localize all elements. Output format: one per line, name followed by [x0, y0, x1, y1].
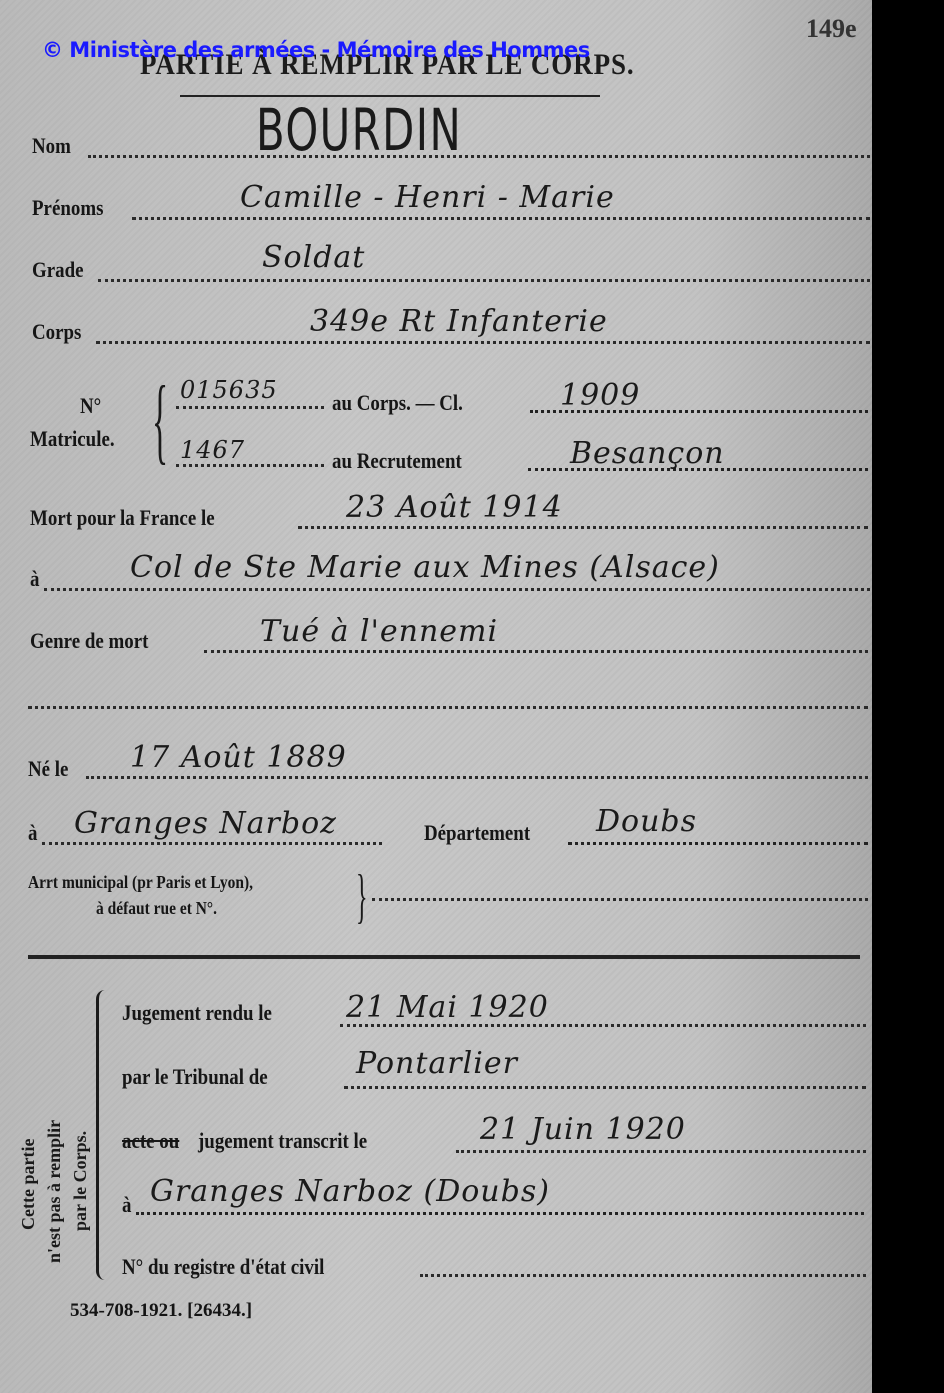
- rendu-value: 21 Mai 1920: [346, 990, 549, 1025]
- genre-mort-value: Tué à l'ennemi: [260, 614, 498, 649]
- tribunal-line: [344, 1086, 866, 1089]
- grade-line: [98, 279, 870, 282]
- mort-date-label: Mort pour la France le: [30, 505, 215, 531]
- side-note-line2: n'est pas à remplir: [44, 1120, 65, 1263]
- copyright-watermark: © Ministère des armées - Mémoire des Hom…: [42, 38, 590, 62]
- prenoms-line: [132, 217, 870, 220]
- transcrit-value: 21 Juin 1920: [480, 1112, 686, 1147]
- side-note-line1: Cette partie: [18, 1139, 39, 1230]
- registre-line: [420, 1274, 866, 1277]
- nom-value: BOURDIN: [256, 96, 462, 164]
- transcrit-lieu-value: Granges Narboz (Doubs): [150, 1174, 550, 1209]
- arrondissement-label-line1: Arrt municipal (pr Paris et Lyon),: [28, 872, 253, 893]
- tribunal-label: par le Tribunal de: [122, 1064, 268, 1090]
- section-divider: [28, 955, 860, 959]
- corps-classe-label: au Corps. — Cl.: [332, 390, 463, 416]
- arrondissement-line: [372, 898, 868, 901]
- ne-lieu-value: Granges Narboz: [74, 806, 337, 841]
- ne-lieu-line: [42, 842, 382, 845]
- transcrit-line: [456, 1150, 866, 1153]
- recrutement-label: au Recrutement: [332, 448, 462, 474]
- blank-line: [28, 706, 868, 709]
- mort-lieu-label: à: [30, 566, 39, 592]
- mort-lieu-value: Col de Ste Marie aux Mines (Alsace): [130, 550, 720, 585]
- corps-line: [96, 341, 870, 344]
- corps-value: 349e Rt Infanterie: [310, 304, 608, 339]
- ne-le-value: 17 Août 1889: [130, 740, 347, 775]
- arrondissement-brace: }: [356, 866, 368, 926]
- ne-le-label: Né le: [28, 756, 68, 782]
- corps-number-value: 015635: [180, 376, 278, 404]
- departement-value: Doubs: [596, 804, 697, 839]
- recrutement-value: Besançon: [570, 436, 725, 471]
- recrutement-number-line: [176, 464, 324, 467]
- genre-mort-line: [204, 650, 868, 653]
- transcrit-label: jugement transcrit le: [198, 1128, 367, 1154]
- recrutement-number-value: 1467: [180, 436, 245, 464]
- corps-number-line: [176, 406, 324, 409]
- tribunal-value: Pontarlier: [356, 1046, 518, 1081]
- transcrit-label-struck: acte ou: [122, 1128, 179, 1154]
- mort-lieu-line: [44, 588, 870, 591]
- genre-mort-label: Genre de mort: [30, 628, 148, 654]
- transcrit-lieu-label: à: [122, 1192, 131, 1218]
- death-record-card: © Ministère des armées - Mémoire des Hom…: [0, 0, 872, 1393]
- regiment-stamp: 149e: [806, 14, 857, 44]
- jugement-brace: [96, 990, 105, 1280]
- classe-value: 1909: [560, 378, 640, 413]
- grade-value: Soldat: [262, 240, 365, 275]
- registre-label: N° du registre d'état civil: [122, 1254, 324, 1280]
- nom-line: [88, 155, 870, 158]
- departement-line: [568, 842, 868, 845]
- departement-label: Département: [424, 820, 530, 846]
- matricule-brace: {: [152, 372, 168, 468]
- mort-date-value: 23 Août 1914: [346, 490, 563, 525]
- matricule-label-top: N°: [80, 393, 101, 419]
- print-reference: 534-708-1921. [26434.]: [70, 1300, 252, 1322]
- nom-label: Nom: [32, 133, 71, 159]
- corps-label: Corps: [32, 319, 81, 345]
- matricule-label-bottom: Matricule.: [30, 426, 115, 452]
- transcrit-lieu-line: [136, 1212, 864, 1215]
- mort-date-line: [298, 526, 868, 529]
- side-note: Cette partie n'est pas à remplir par le …: [18, 1035, 103, 1245]
- ne-lieu-label: à: [28, 820, 37, 846]
- grade-label: Grade: [32, 257, 84, 283]
- side-note-line3: par le Corps.: [70, 1131, 91, 1231]
- prenoms-label: Prénoms: [32, 195, 103, 221]
- rendu-label: Jugement rendu le: [122, 1000, 272, 1026]
- ne-le-line: [86, 776, 868, 779]
- struck-text: acte ou: [122, 1128, 179, 1153]
- arrondissement-label-line2: à défaut rue et N°.: [96, 898, 217, 919]
- prenoms-value: Camille - Henri - Marie: [240, 180, 615, 215]
